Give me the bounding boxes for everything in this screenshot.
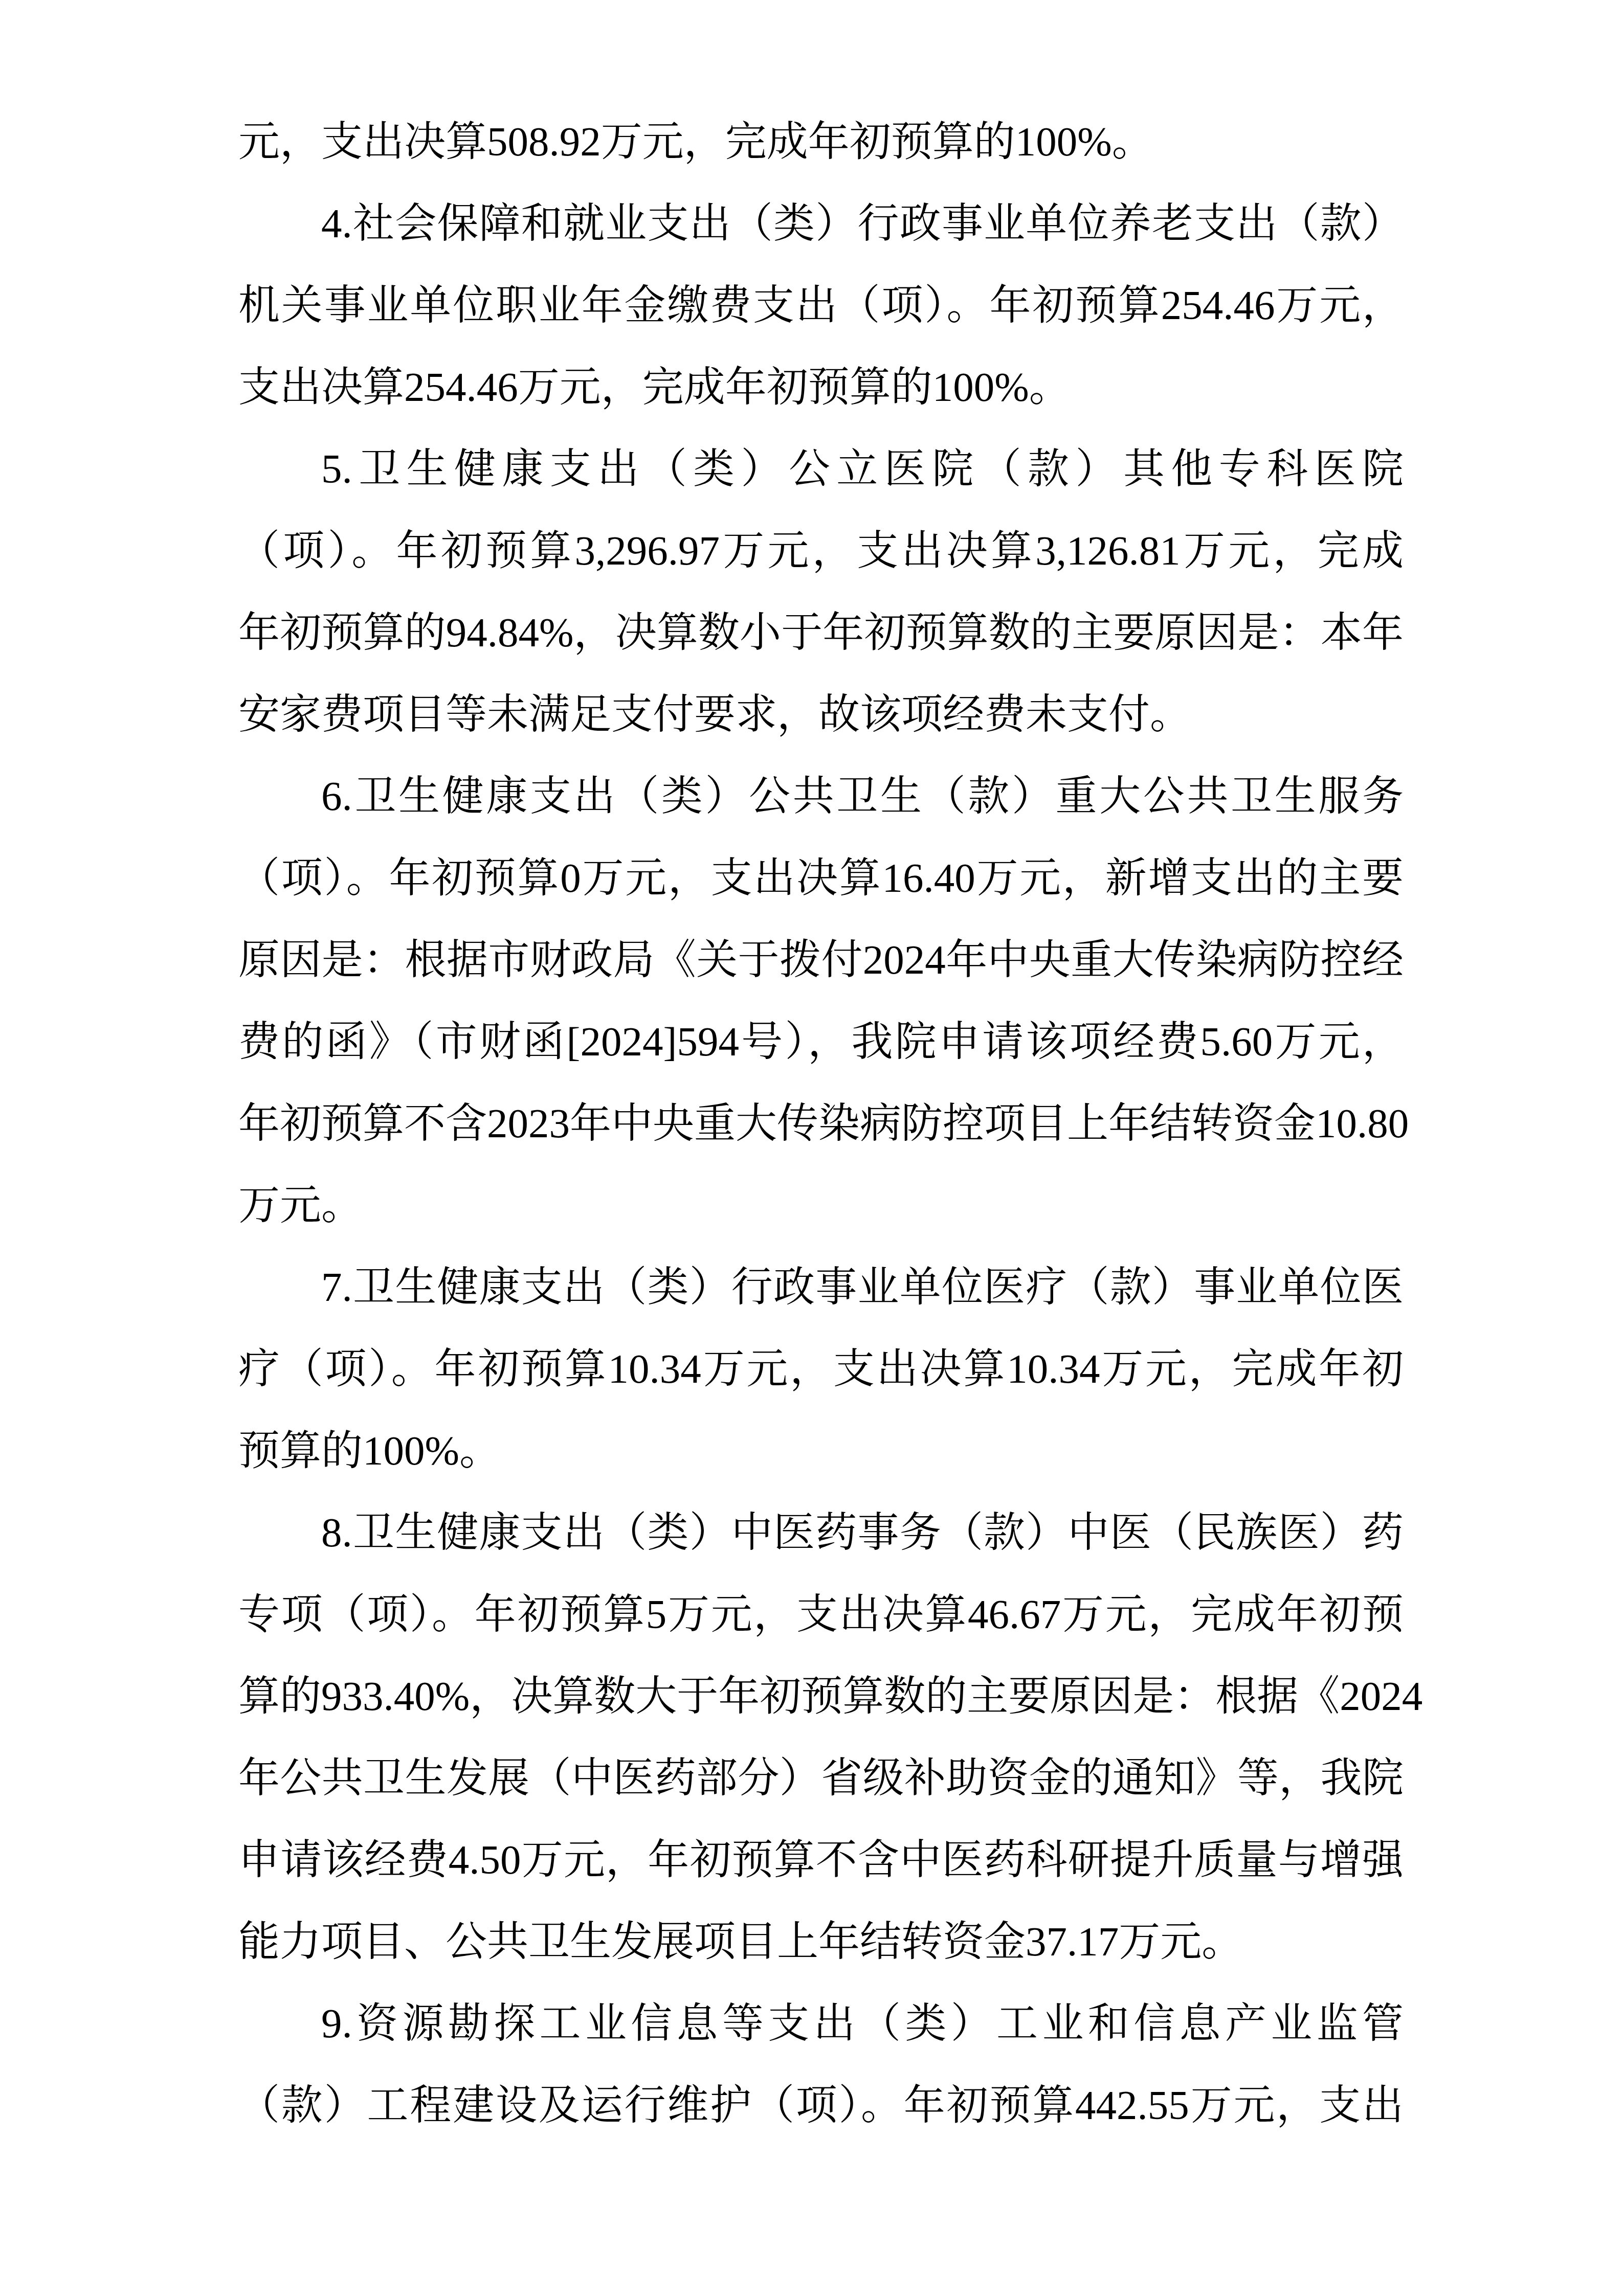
text-line: 安家费项目等未满足支付要求，故该项经费未支付。 bbox=[238, 673, 1404, 755]
text-line: 元，支出决算508.92万元，完成年初预算的100%。 bbox=[238, 101, 1404, 183]
text-line: 预算的100%。 bbox=[238, 1410, 1404, 1492]
text-line: 8.卫生健康支出（类）中医药事务（款）中医（民族医）药 bbox=[238, 1492, 1404, 1573]
text-line: 5.卫生健康支出（类）公立医院（款）其他专科医院 bbox=[238, 428, 1404, 510]
text-line: 支出决算254.46万元，完成年初预算的100%。 bbox=[238, 346, 1404, 428]
text-line: 疗（项）。年初预算10.34万元，支出决算10.34万元，完成年初 bbox=[238, 1328, 1404, 1410]
text-line: 原因是：根据市财政局《关于拨付2024年中央重大传染病防控经 bbox=[238, 919, 1404, 1001]
document-text-block: 元，支出决算508.92万元，完成年初预算的100%。4.社会保障和就业支出（类… bbox=[238, 101, 1404, 2146]
text-line: 7.卫生健康支出（类）行政事业单位医疗（款）事业单位医 bbox=[238, 1246, 1404, 1328]
text-line: （款）工程建设及运行维护（项）。年初预算442.55万元，支出 bbox=[238, 2064, 1404, 2146]
text-line: （项）。年初预算3,296.97万元，支出决算3,126.81万元，完成 bbox=[238, 510, 1404, 592]
text-line: 9.资源勘探工业信息等支出（类）工业和信息产业监管 bbox=[238, 1983, 1404, 2064]
text-line: 万元。 bbox=[238, 1164, 1404, 1246]
text-line: 费的函》（市财函[2024]594号），我院申请该项经费5.60万元， bbox=[238, 1001, 1404, 1083]
text-line: 申请该经费4.50万元，年初预算不含中医药科研提升质量与增强 bbox=[238, 1819, 1404, 1901]
text-line: 算的933.40%，决算数大于年初预算数的主要原因是：根据《2024 bbox=[238, 1655, 1404, 1737]
text-line: 年初预算的94.84%，决算数小于年初预算数的主要原因是：本年 bbox=[238, 592, 1404, 673]
text-line: 年初预算不含2023年中央重大传染病防控项目上年结转资金10.80 bbox=[238, 1083, 1404, 1164]
text-line: 能力项目、公共卫生发展项目上年结转资金37.17万元。 bbox=[238, 1901, 1404, 1983]
text-line: （项）。年初预算0万元，支出决算16.40万元，新增支出的主要 bbox=[238, 837, 1404, 919]
text-line: 专项（项）。年初预算5万元，支出决算46.67万元，完成年初预 bbox=[238, 1573, 1404, 1655]
text-line: 机关事业单位职业年金缴费支出（项）。年初预算254.46万元， bbox=[238, 264, 1404, 346]
text-line: 4.社会保障和就业支出（类）行政事业单位养老支出（款） bbox=[238, 183, 1404, 264]
document-page: 元，支出决算508.92万元，完成年初预算的100%。4.社会保障和就业支出（类… bbox=[0, 0, 1624, 2296]
text-line: 年公共卫生发展（中医药部分）省级补助资金的通知》等，我院 bbox=[238, 1737, 1404, 1819]
text-line: 6.卫生健康支出（类）公共卫生（款）重大公共卫生服务 bbox=[238, 755, 1404, 837]
